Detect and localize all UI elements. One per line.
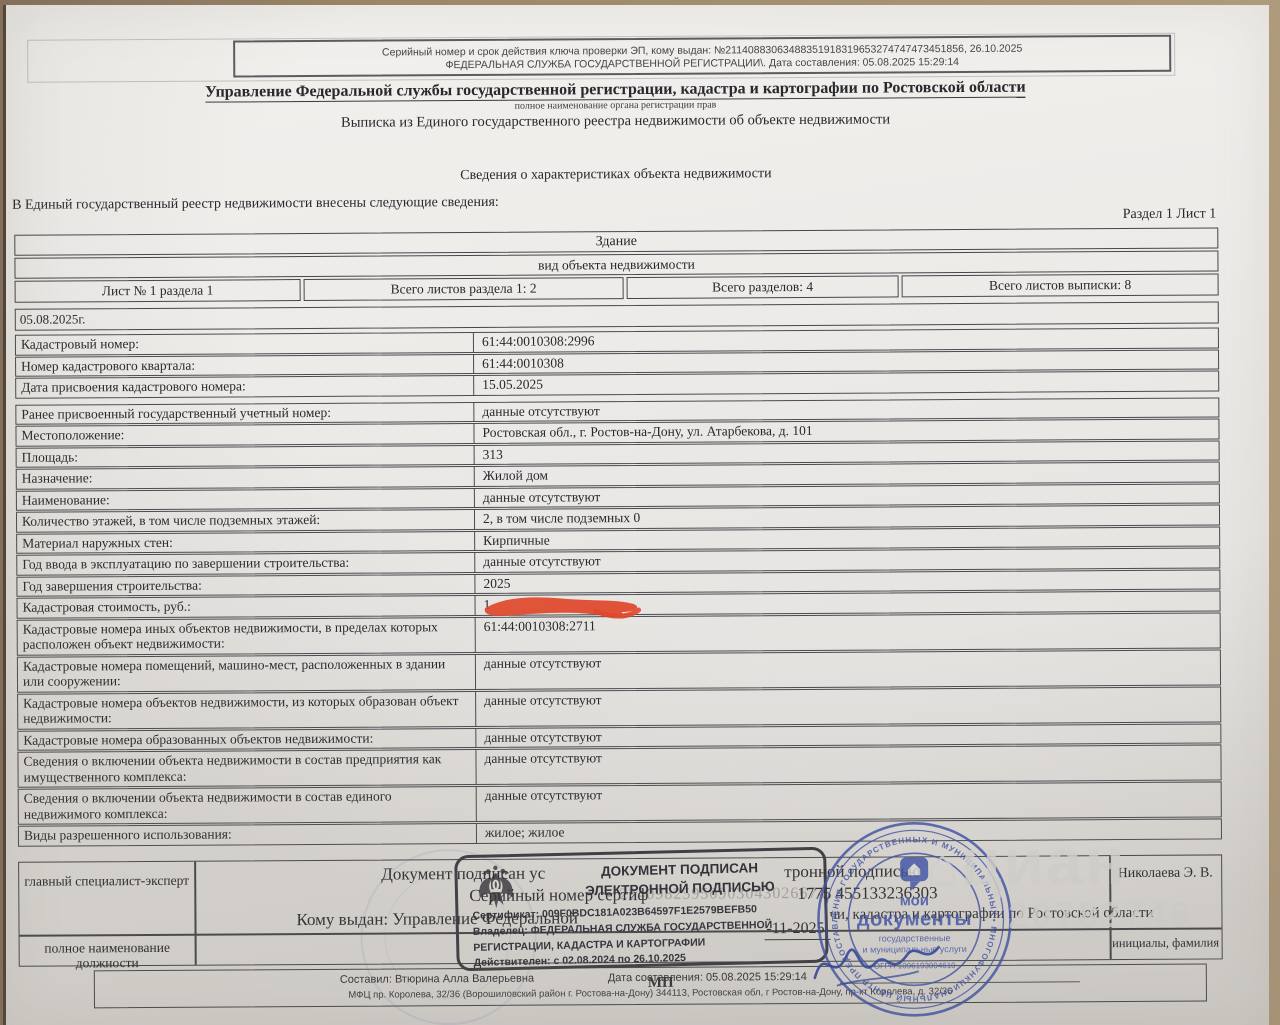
stamp-validity: Действителен: с 02.08.2024 по 26.10.2025 [473,952,686,969]
sheet-cell: Всего листов раздела 1: 2 [304,277,624,301]
signed-text-fragment: Кому выдан: Управление Федеральной [296,908,578,930]
site-watermark: ⌂циан [926,828,1127,900]
row-value: данные отсутствуют [474,398,1218,421]
row-value-text: 15.05.2025 [482,377,543,392]
signed-text-fragment: Серийный номер сертиф [469,885,648,906]
table-row: Сведения о включении объекта недвижимост… [18,781,1222,824]
row-label: Площадь: [17,445,475,466]
row-value-text: Жилой дом [483,468,548,483]
row-label: Дата присвоения кадастрового номера: [16,376,474,397]
row-value-text: 313 [483,446,503,461]
row-value-text: 61:44:0010308 [482,355,564,370]
row-label: Год ввода в эксплуатацию по завершении с… [17,553,475,574]
row-label: Назначение: [17,467,475,488]
sheet-counters-row: Лист № 1 раздела 1 Всего листов раздела … [15,273,1219,302]
row-value: 2, в том числе подземных 0 [475,505,1219,528]
row-value-text: данные отсутствуют [484,655,601,671]
row-value-text: жилое; жилое [485,824,565,839]
redaction-scribble [475,591,653,622]
row-value-text: данные отсутствуют [483,553,600,569]
row-label: Кадастровые номера образованных объектов… [18,728,476,749]
row-label: Кадастровые номера иных объектов недвижи… [18,617,476,654]
row-value-text: 2025 [483,575,510,590]
signature-serial-box: Серийный номер и срок действия ключа про… [233,35,1171,78]
document-page: Серийный номер и срок действия ключа про… [3,5,1269,1025]
row-value: 61:44:0010308 [474,350,1218,373]
photo-background: Серийный номер и срок действия ключа про… [0,0,1280,1025]
row-value: данные отсутствуют [476,724,1220,747]
row-value: данные отсутствуют [477,782,1221,821]
row-value: 2025 [475,570,1219,593]
row-value: данные отсутствуют [476,745,1220,784]
sheet-cell: Лист № 1 раздела 1 [15,279,301,303]
handwritten-signature [807,925,947,1001]
row-label: Виды разрешенного использования: [19,824,477,845]
record-date-row: 05.08.2025г. [15,301,1219,330]
row-value-text: данные отсутствуют [484,729,601,745]
attributes-table: Кадастровый номер: 61:44:0010308:2996 Но… [15,327,1222,847]
row-value: данные отсутствуют [476,650,1220,689]
mfc-address: МФЦ пр. Королева, 32/36 (Ворошиловский р… [95,985,1206,1003]
watermark-id: 20782746 [1008,894,1192,937]
signed-text-fragment: Документ подписан ус [381,864,545,885]
row-label: Сведения о включении объекта недвижимост… [19,787,477,824]
row-value: данные отсутствуют [475,548,1219,571]
position-caption: полное наименование должности [20,940,195,971]
row-label: Номер кадастрового квартала: [16,354,474,375]
sheet-cell: Всего разделов: 4 [627,275,899,299]
row-label: Год завершения строительства: [17,574,475,595]
stamp-title: ДОКУМЕНТ ПОДПИСАН [559,859,799,880]
signer-position: главный специалист-эксперт [19,872,194,890]
composed-date: Дата составления: 05.08.2025 15:29:14 [608,971,807,984]
row-value: данные отсутствуют [475,484,1219,507]
row-value: Кирпичные [475,527,1219,550]
row-value-text: данные отсутствуют [484,750,601,766]
sheet-cell: Всего листов выписки: 8 [902,273,1219,297]
row-value: 1 [475,591,1219,614]
row-value: Ростовская обл., г. Ростов-на-Дону, ул. … [474,419,1218,442]
table-row: Кадастровые номера помещений, машино-мес… [17,649,1221,692]
row-value-text: данные отсутствуют [484,692,601,708]
row-value: 61:44:0010308:2996 [474,328,1218,351]
row-label: Кадастровый номер: [16,333,474,354]
row-value-text: 61:44:0010308:2996 [482,333,595,349]
row-value-text: данные отсутствуют [482,403,599,419]
row-label: Кадастровые номера помещений, машино-мес… [18,654,476,691]
row-value: 313 [475,441,1219,464]
section-title: Сведения о характеристиках объекта недви… [14,163,1218,186]
row-label: Количество этажей, в том числе подземных… [17,510,475,531]
row-value-text: Ростовская обл., г. Ростов-на-Дону, ул. … [482,423,812,440]
row-label: Наименование: [17,488,475,509]
footer-block: Составил: Втюрина Алла Валерьевна Дата с… [94,964,1207,1009]
row-label: Ранее присвоенный государственный учетны… [16,402,474,423]
row-value: 15.05.2025 [474,371,1218,394]
row-label: Местоположение: [16,424,474,445]
row-value-text: данные отсутствуют [485,787,602,803]
row-value-text: данные отсутствуют [483,489,600,505]
row-value: Жилой дом [475,462,1219,485]
signer-name-caption: инициалы, фамилия [1108,935,1224,951]
stamp-brand-top: мои [900,892,929,909]
row-value-text: 2, в том числе подземных 0 [483,510,640,526]
house-icon: ⌂ [926,837,961,897]
table-row: Кадастровые номера объектов недвижимости… [17,686,1221,729]
row-value-text: Кирпичные [483,532,550,547]
row-label: Материал наружных стен: [17,531,475,552]
row-label: Сведения о включении объекта недвижимост… [18,750,476,787]
row-value: данные отсутствуют [476,687,1220,726]
row-label: Кадастровые номера объектов недвижимости… [18,691,476,728]
row-label: Кадастровая стоимость, руб.: [18,596,476,617]
table-row: Сведения о включении объекта недвижимост… [17,744,1221,787]
